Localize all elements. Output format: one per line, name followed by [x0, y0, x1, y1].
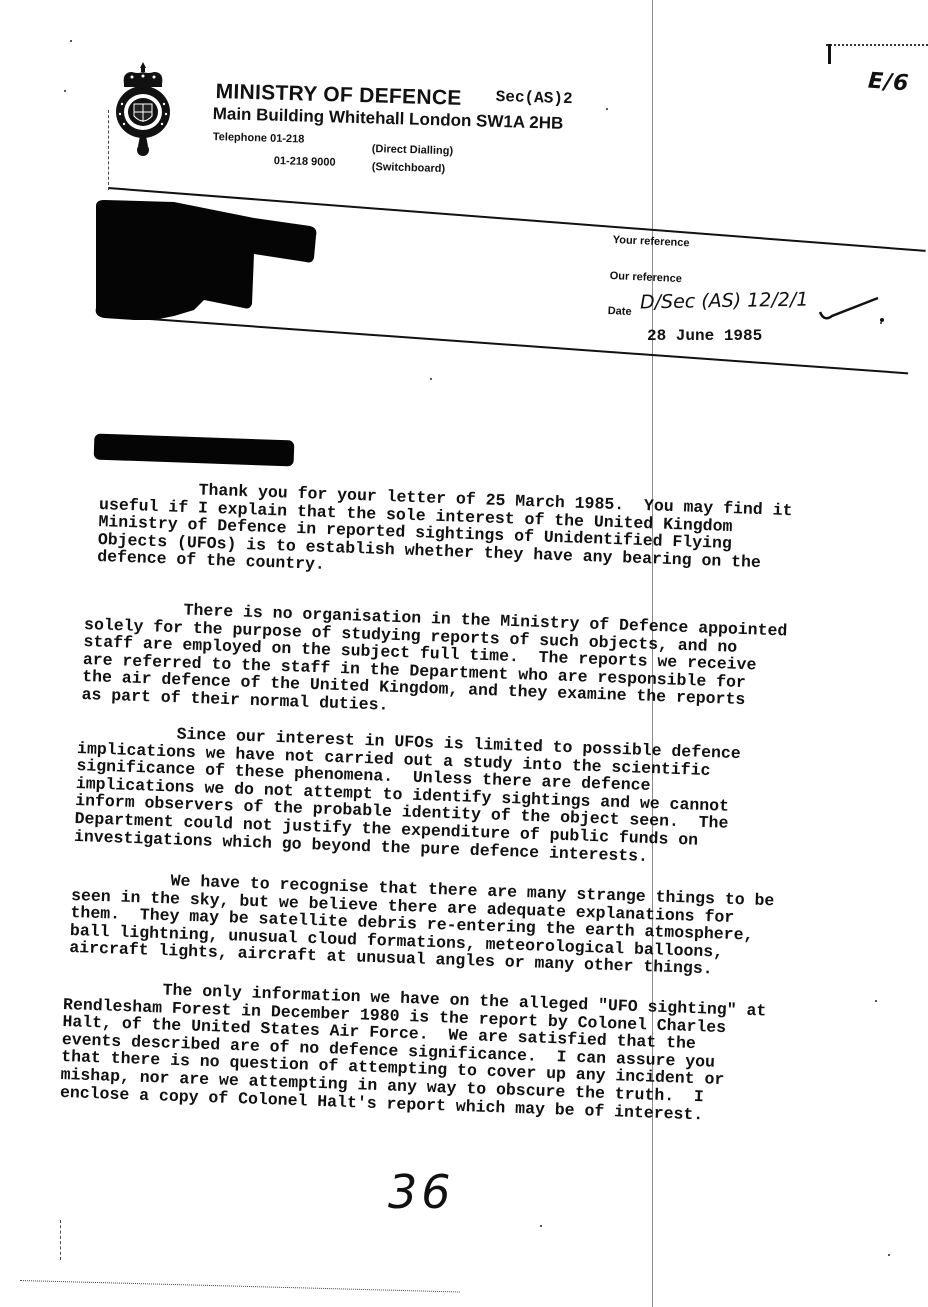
recipient-address-redaction: [94, 200, 324, 345]
body-paragraph-5: The only information we have on the alle…: [60, 978, 894, 1130]
telephone-direct: Telephone 01-218: [213, 131, 305, 146]
telephone-label: Telephone: [213, 131, 268, 145]
date-value: 28 June 1985: [647, 327, 762, 345]
body-paragraph-3: Since our interest in UFOs is limited to…: [74, 722, 908, 874]
scan-speck: [606, 108, 608, 110]
scan-margin-mark: [60, 1220, 61, 1260]
royal-crest-icon: [110, 60, 176, 158]
file-mark-box: [826, 44, 928, 54]
file-mark-tick: [828, 44, 831, 64]
page-number: 36: [388, 1165, 455, 1219]
scan-speck: [64, 90, 66, 92]
our-reference-label: Our reference: [609, 270, 682, 285]
organisation-address: Main Building Whitehall London SW1A 2HB: [212, 104, 563, 134]
body-paragraph-2: There is no organisation in the Ministry…: [81, 598, 914, 732]
scan-margin-mark: [108, 110, 109, 190]
branch-reference: Sec(AS)2: [495, 88, 572, 108]
our-reference-value: D/Sec (AS) 12/2/1: [640, 289, 809, 314]
scan-bottom-edge: [20, 1280, 460, 1294]
scan-speck: [430, 378, 432, 380]
telephone-switchboard-number: 01-218 9000: [274, 155, 336, 169]
scan-speck: [888, 1254, 890, 1256]
telephone-direct-number: 01-218: [270, 133, 305, 146]
telephone-direct-note: (Direct Dialling): [372, 143, 454, 157]
scan-speck: [875, 1000, 877, 1002]
telephone-switchboard-note: (Switchboard): [372, 161, 446, 175]
scan-speck: [540, 1225, 542, 1227]
date-label: Date: [607, 305, 631, 318]
body-paragraph-1: Thank you for your letter of 25 March 19…: [97, 478, 928, 595]
your-reference-label: Your reference: [612, 234, 689, 249]
handwritten-tick-icon: [818, 294, 884, 329]
salutation-redaction: [94, 434, 295, 467]
scan-speck: [880, 322, 882, 324]
scan-speck: [70, 40, 72, 42]
file-mark: E/6: [867, 69, 910, 97]
body-paragraph-4: We have to recognise that there are many…: [69, 869, 901, 984]
